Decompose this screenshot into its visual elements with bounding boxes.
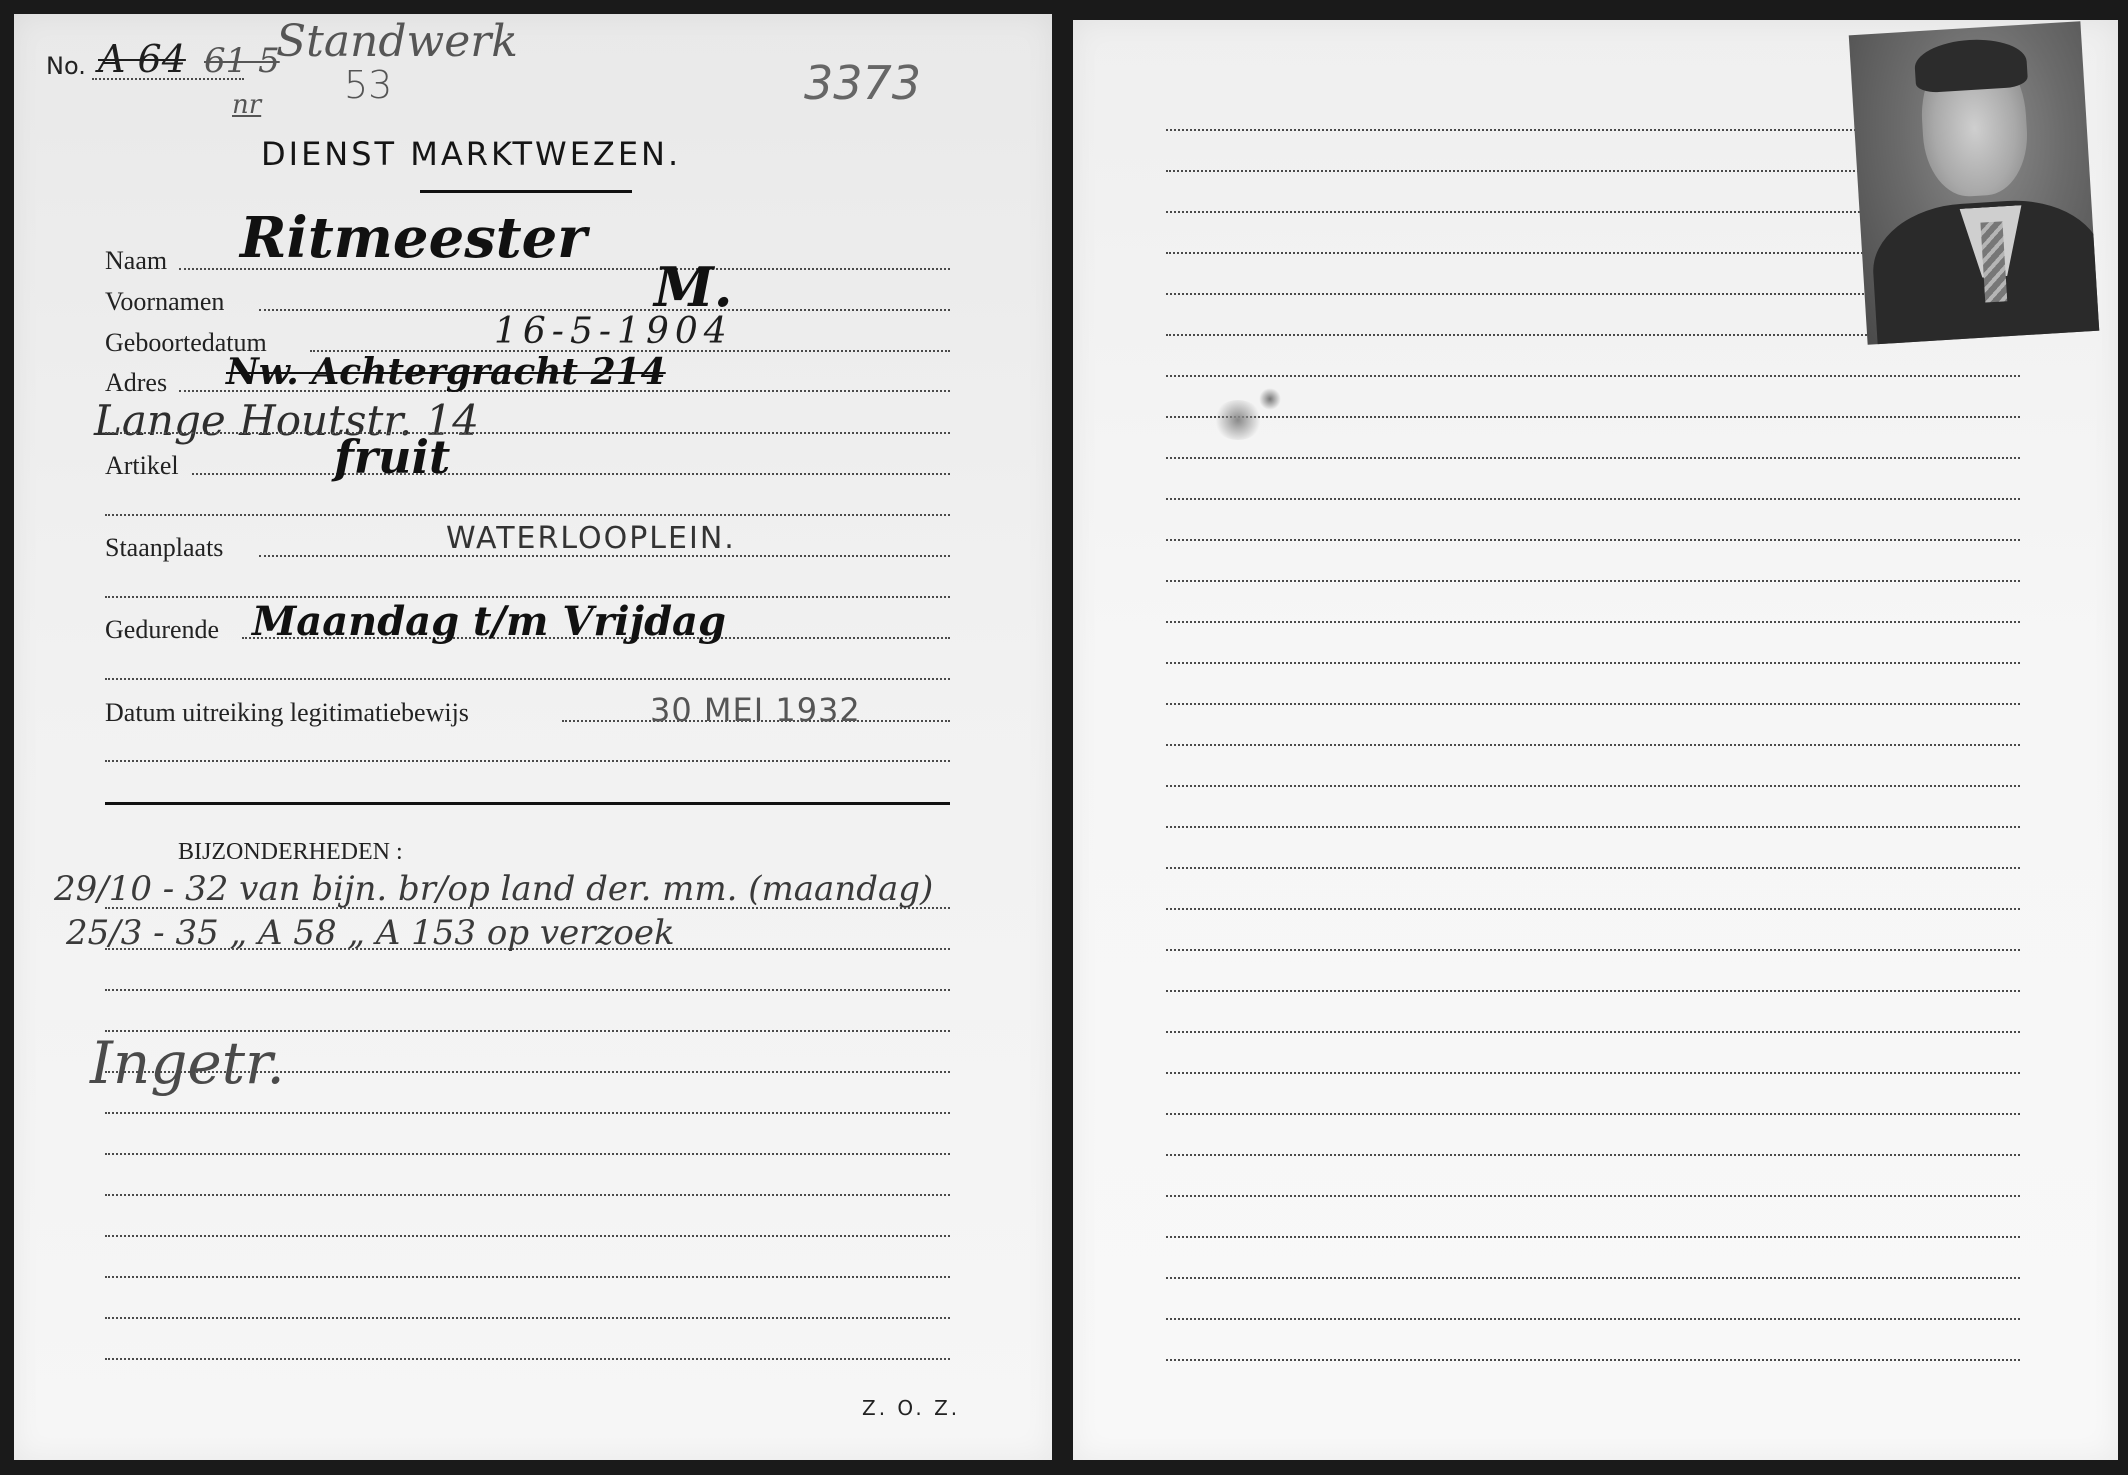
- registration-card-front: No. A 64 61 5 Standwerk nr 53 3373 DIENS…: [14, 14, 1052, 1460]
- gedurende-line-2: [105, 678, 950, 680]
- voornamen-label: Voornamen: [105, 289, 224, 315]
- page-title: DIENST MARKTWEZEN.: [261, 138, 821, 170]
- staanplaats-label: Staanplaats: [105, 535, 223, 561]
- artikel-value: fruit: [334, 434, 450, 480]
- portrait-photo: [1849, 21, 2099, 345]
- remarks-entry-2: 25/3 - 35 „ A 58 „ A 153 op verzoek: [66, 916, 675, 950]
- naam-value: Ritmeester: [240, 210, 587, 266]
- number-nr-value: 53: [344, 66, 392, 104]
- artikel-line: [192, 473, 950, 475]
- number-label: No.: [46, 54, 86, 78]
- stain: [1213, 400, 1263, 440]
- adres-label: Adres: [105, 370, 167, 396]
- naam-label: Naam: [105, 248, 167, 274]
- remarks-entry-1: 29/10 - 32 van bijn. br/op land der. mm.…: [54, 872, 933, 906]
- stain: [1259, 388, 1281, 410]
- number-overwrite: Standwerk: [276, 20, 518, 64]
- artikel-label: Artikel: [105, 453, 179, 479]
- number-value-2-struck: 61 5: [204, 44, 280, 78]
- voornamen-value: M.: [654, 260, 733, 314]
- title-underline: [420, 190, 632, 193]
- remarks-signature: Ingetr.: [90, 1034, 285, 1092]
- photo-hair: [1913, 37, 2028, 94]
- datum-uitreiking-value: 30 MEI 1932: [650, 694, 861, 726]
- number-value-struck: A 64: [98, 40, 186, 78]
- gedurende-value: Maandag t/m Vrijdag: [252, 602, 726, 642]
- remarks-heading: BIJZONDERHEDEN :: [178, 840, 403, 864]
- archive-number: 3373: [804, 60, 921, 106]
- number-nr-prefix: nr: [232, 92, 261, 118]
- artikel-line-2: [105, 514, 950, 516]
- adres-value-struck: Nw. Achtergracht 214: [226, 354, 666, 390]
- staanplaats-value: WATERLOOPLEIN.: [446, 524, 736, 554]
- footer-zoz: Z. O. Z.: [862, 1398, 960, 1418]
- datum-uitreiking-label: Datum uitreiking legitimatiebewijs: [105, 700, 469, 726]
- geboortedatum-value: 16-5-1904: [494, 314, 733, 350]
- section-separator: [105, 802, 950, 805]
- datum-line-2: [105, 760, 950, 762]
- gedurende-label: Gedurende: [105, 617, 219, 643]
- adres-line-2: [105, 432, 950, 434]
